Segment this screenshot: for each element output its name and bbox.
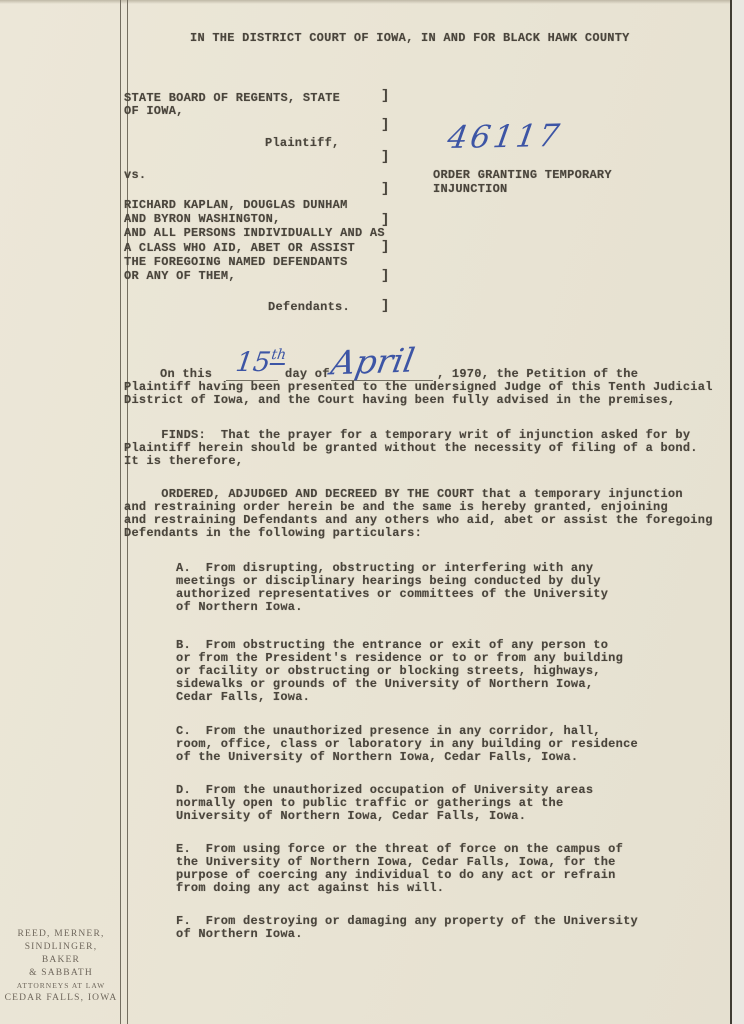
injunction-item-d: D. From the unauthorized occupation of U… <box>176 784 593 823</box>
caption-bracket: ] <box>381 183 390 196</box>
defendant-name-line2: AND BYRON WASHINGTON, <box>124 213 280 226</box>
law-firm-name-line3: & SABBATH <box>4 967 118 980</box>
caption-bracket: ] <box>381 119 390 132</box>
ordered-paragraph: ORDERED, ADJUDGED AND DECREED BY THE COU… <box>124 488 713 540</box>
scanned-court-document: IN THE DISTRICT COURT OF IOWA, IN AND FO… <box>0 0 744 1024</box>
defendant-name-line6: OR ANY OF THEM, <box>124 270 236 283</box>
caption-bracket: ] <box>381 90 390 103</box>
defendant-name-line1: RICHARD KAPLAN, DOUGLAS DUNHAM <box>124 199 348 212</box>
injunction-item-e: E. From using force or the threat of for… <box>176 843 623 895</box>
law-firm-name-line1: REED, MERNER, <box>4 928 118 941</box>
defendant-name-line4: A CLASS WHO AID, ABET OR ASSIST <box>124 242 355 255</box>
page-right-edge-line <box>730 0 732 1024</box>
law-firm-stamp: REED, MERNER, SINDLINGER, BAKER & SABBAT… <box>4 928 118 1005</box>
defendant-name-line5: THE FOREGOING NAMED DEFENDANTS <box>124 256 348 269</box>
finds-paragraph: FINDS: That the prayer for a temporary w… <box>124 429 698 468</box>
defendant-name-line3: AND ALL PERSONS INDIVIDUALLY AND AS <box>124 227 385 240</box>
order-title-line1: ORDER GRANTING TEMPORARY <box>433 169 612 182</box>
court-header: IN THE DISTRICT COURT OF IOWA, IN AND FO… <box>190 32 630 45</box>
handwritten-day: 15th <box>234 347 287 378</box>
injunction-item-c: C. From the unauthorized presence in any… <box>176 725 638 764</box>
handwritten-case-number: 46117 <box>445 118 565 156</box>
law-firm-attorneys-label: ATTORNEYS AT LAW <box>4 980 118 992</box>
order-title-line2: INJUNCTION <box>433 183 508 196</box>
injunction-item-a: A. From disrupting, obstructing or inter… <box>176 562 608 614</box>
plaintiff-name-line2: OF IOWA, <box>124 105 184 118</box>
scan-background-right <box>732 0 744 1024</box>
plaintiff-label: Plaintiff, <box>265 137 340 150</box>
opening-line3: District of Iowa, and the Court having b… <box>124 394 675 407</box>
caption-bracket: ] <box>381 300 390 313</box>
versus-label: vs. <box>124 169 146 182</box>
left-margin-rule-outer <box>120 0 121 1024</box>
law-firm-city: CEDAR FALLS, IOWA <box>4 992 118 1005</box>
law-firm-name-line2: SINDLINGER, BAKER <box>4 941 118 967</box>
handwritten-month: April <box>328 341 417 383</box>
injunction-item-b: B. From obstructing the entrance or exit… <box>176 639 623 704</box>
caption-bracket: ] <box>381 270 390 283</box>
defendants-label: Defendants. <box>268 301 350 314</box>
caption-bracket: ] <box>381 241 390 254</box>
handwritten-day-number: 15 <box>234 347 273 378</box>
injunction-item-f: F. From destroying or damaging any prope… <box>176 915 638 941</box>
scan-top-shadow <box>0 0 744 4</box>
handwritten-day-suffix: th <box>270 347 287 365</box>
caption-bracket: ] <box>381 151 390 164</box>
